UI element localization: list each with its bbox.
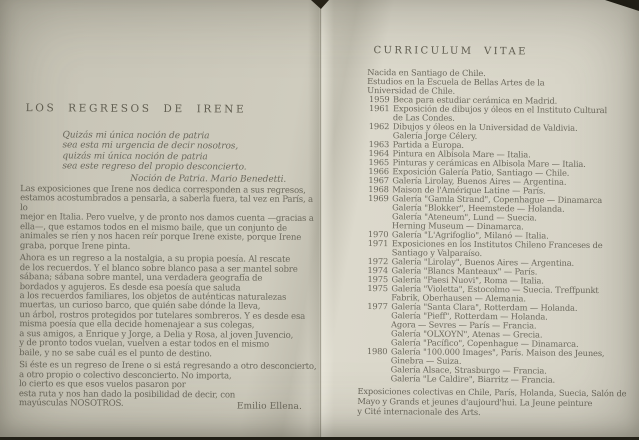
author-signature: Emilio Ellena. [237, 401, 302, 411]
cv-intro: Nacida en Santiago de Chile. Estudios en… [367, 68, 545, 96]
cv-entry-year: 1962 [369, 122, 393, 131]
cv-entry-year: 1975 [367, 284, 391, 293]
cv-entry-year: 1961 [369, 104, 393, 113]
right-page: CURRICULUM VITAE Nacida en Santiago de C… [318, 0, 639, 440]
cv-entry-text: Galería "Santa Clara", Rotterdam — Holan… [391, 302, 629, 349]
cv-entry-row: 1969Galería "Gamla Strand", Copenhague —… [368, 194, 630, 232]
cv-entry-text: Galería "100.000 Images", París. Maison … [391, 347, 629, 385]
cv-entry-year: 1977 [367, 302, 391, 311]
essay-paragraph: Ahora es un regreso a la nostalgia, a su… [19, 254, 320, 360]
left-page: LOS REGRESOS DE IRENE Quizás mi única no… [0, 0, 321, 440]
poem-attribution: Noción de Patria. Mario Benedetti. [130, 174, 286, 185]
essay-title: LOS REGRESOS DE IRENE [26, 102, 247, 115]
cv-entry-year: 1980 [367, 347, 391, 356]
poem-epigraph: Quizás mi única noción de patria sea est… [62, 130, 246, 172]
cv-title: CURRICULUM VITAE [373, 45, 527, 57]
cv-entries: 1959Beca para estudiar cerámica en Madri… [367, 95, 632, 385]
cv-entry-row: 1980Galería "100.000 Images", París. Mai… [367, 347, 629, 385]
essay-body: Las exposiciones que Irene nos dedica co… [19, 185, 320, 413]
cv-entry-row: 1977Galería "Santa Clara", Rotterdam — H… [367, 302, 629, 349]
cv-entry-year: 1969 [368, 194, 392, 203]
cv-entry-text: Galería "Gamla Strand", Copenhague — Din… [392, 194, 630, 232]
cv-closing: Exposiciones colectivas en Chile, París,… [357, 386, 627, 418]
cv-entry-year: 1971 [368, 239, 392, 248]
book-spread-photo: LOS REGRESOS DE IRENE Quizás mi única no… [0, 0, 639, 440]
essay-paragraph: Las exposiciones que Irene nos dedica co… [20, 185, 320, 253]
